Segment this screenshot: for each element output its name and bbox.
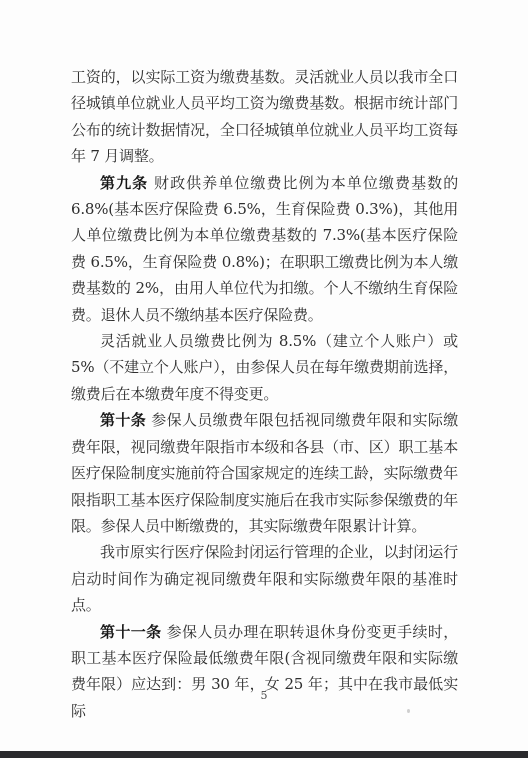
article-lead: 第十条 (100, 411, 146, 429)
page-number: 5 (0, 689, 528, 702)
scan-artifact-speck (407, 709, 410, 713)
scan-edge-bar (0, 751, 528, 758)
paragraph: 工资的，以实际工资为缴费基数。灵活就业人员以我市全口径城镇单位就业人员平均工资为… (71, 64, 458, 170)
paragraph: 我市原实行医疗保险封闭运行管理的企业，以封闭运行启动时间作为确定视同缴费年限和实… (71, 539, 458, 618)
scanned-document-page: 工资的，以实际工资为缴费基数。灵活就业人员以我市全口径城镇单位就业人员平均工资为… (0, 0, 528, 758)
paragraph: 第十条 参保人员缴费年限包括视同缴费年限和实际缴费年限，视同缴费年限指市本级和各… (71, 407, 458, 539)
article-lead: 第十一条 (100, 623, 161, 641)
paragraph: 第十一条 参保人员办理在职转退休身份变更手续时，职工基本医疗保险最低缴费年限(含… (71, 619, 458, 725)
paragraph: 第九条 财政供养单位缴费比例为本单位缴费基数的 6.8%(基本医疗保险费 6.5… (71, 170, 458, 328)
article-lead: 第九条 (100, 174, 148, 192)
document-body: 工资的，以实际工资为缴费基数。灵活就业人员以我市全口径城镇单位就业人员平均工资为… (71, 64, 458, 724)
paragraph: 灵活就业人员缴费比例为 8.5%（建立个人账户）或 5%（不建立个人账户），由参… (71, 328, 458, 407)
